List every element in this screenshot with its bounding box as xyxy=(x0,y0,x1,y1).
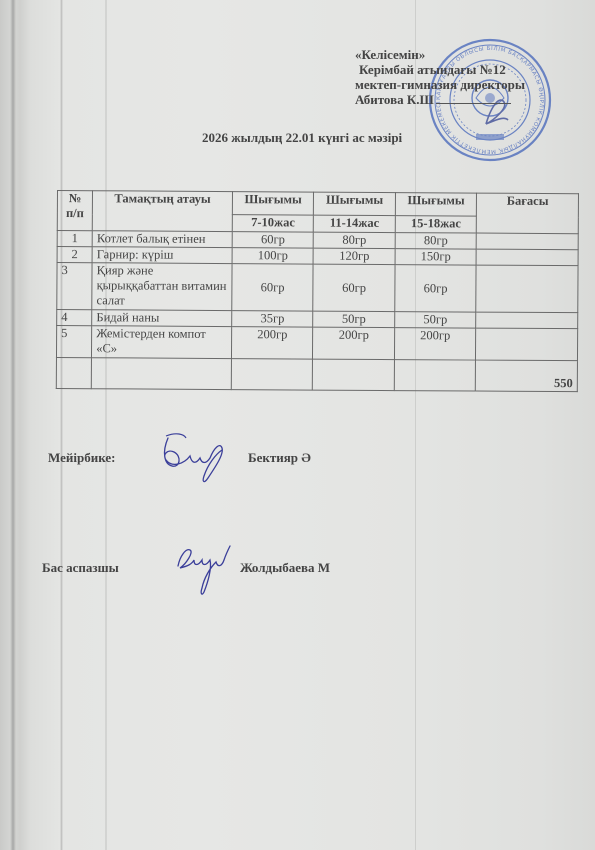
head-cook-signature-icon xyxy=(172,540,236,604)
signature-line xyxy=(436,103,511,104)
header-yield-3: Шығымы xyxy=(395,193,477,216)
row-dish: Жемістерден компот «С» xyxy=(92,326,232,359)
header-age-11-14: 11-14жас xyxy=(314,215,396,232)
row-qty-7-10: 60гр xyxy=(232,264,314,311)
row-dish: Бидай наны xyxy=(92,310,232,327)
header-age-15-18: 15-18жас xyxy=(395,216,477,233)
row-price xyxy=(476,249,578,266)
scan-streak xyxy=(105,0,107,850)
row-qty-15-18: 150гр xyxy=(395,249,477,265)
empty-cell xyxy=(56,357,91,388)
row-dish: Котлет балық етінен xyxy=(92,231,232,248)
empty-cell xyxy=(231,359,313,390)
empty-cell xyxy=(91,358,231,390)
row-qty-7-10: 60гр xyxy=(232,232,314,248)
row-no: 1 xyxy=(57,231,92,247)
row-qty-7-10: 200гр xyxy=(231,327,313,359)
nurse-label: Мейірбике: xyxy=(48,450,115,466)
header-yield-1: Шығымы xyxy=(232,192,314,215)
scan-streak xyxy=(10,0,16,850)
empty-cell xyxy=(313,359,395,390)
scan-streak xyxy=(60,0,63,850)
row-qty-11-14: 60гр xyxy=(313,264,395,311)
row-qty-15-18: 60гр xyxy=(395,265,477,312)
row-qty-11-14: 50гр xyxy=(313,311,395,327)
table-row-total: 550 xyxy=(56,357,577,391)
row-qty-7-10: 100гр xyxy=(232,248,314,264)
header-no: № п/п xyxy=(57,191,92,231)
row-dish: Қияр және қырыққабаттан витамин салат xyxy=(92,263,232,311)
row-qty-15-18: 200гр xyxy=(394,328,476,360)
row-dish: Гарнир: күріш xyxy=(92,247,232,264)
scan-streak xyxy=(415,0,416,850)
row-qty-15-18: 50гр xyxy=(395,312,477,328)
header-yield-2: Шығымы xyxy=(314,192,396,215)
table-row: 3 Қияр және қырыққабаттан витамин салат … xyxy=(57,263,578,313)
approval-position: мектеп-гимназия директоры xyxy=(355,77,525,92)
head-cook-label: Бас аспазшы xyxy=(42,560,119,576)
approval-school: Керімбай атындағы №12 xyxy=(355,62,525,77)
menu-table: № п/п Тамақтың атауы Шығымы Шығымы Шығым… xyxy=(56,190,579,392)
row-qty-11-14: 200гр xyxy=(313,327,395,359)
head-cook-name: Жолдыбаева М xyxy=(240,560,330,576)
row-no: 5 xyxy=(56,326,91,358)
row-price xyxy=(476,328,578,361)
nurse-name: Бектияр Ә xyxy=(248,450,311,466)
row-qty-11-14: 120гр xyxy=(314,248,396,264)
header-price: Бағасы xyxy=(477,193,579,234)
row-price xyxy=(477,233,579,250)
empty-cell xyxy=(394,360,476,391)
row-no: 2 xyxy=(57,247,92,263)
header-age-7-10: 7-10жас xyxy=(232,215,314,232)
header-name: Тамақтың атауы xyxy=(92,191,232,232)
row-qty-11-14: 80гр xyxy=(314,232,396,248)
row-qty-7-10: 35гр xyxy=(232,311,314,327)
row-no: 3 xyxy=(57,263,92,310)
approval-heading: «Келісемін» xyxy=(355,47,525,62)
approval-block: «Келісемін» Керімбай атындағы №12 мектеп… xyxy=(355,47,525,107)
approval-director-name: Абитова К.Ш xyxy=(355,92,434,107)
total-price: 550 xyxy=(476,360,578,392)
row-price xyxy=(476,265,578,313)
table-row: 5 Жемістерден компот «С» 200гр 200гр 200… xyxy=(56,326,577,361)
nurse-signature-icon xyxy=(158,428,230,488)
page-title: 2026 жылдың 22.01 күнгі ас мәзірі xyxy=(202,130,402,146)
row-no: 4 xyxy=(57,310,92,326)
row-price xyxy=(476,312,578,329)
row-qty-15-18: 80гр xyxy=(395,233,477,249)
